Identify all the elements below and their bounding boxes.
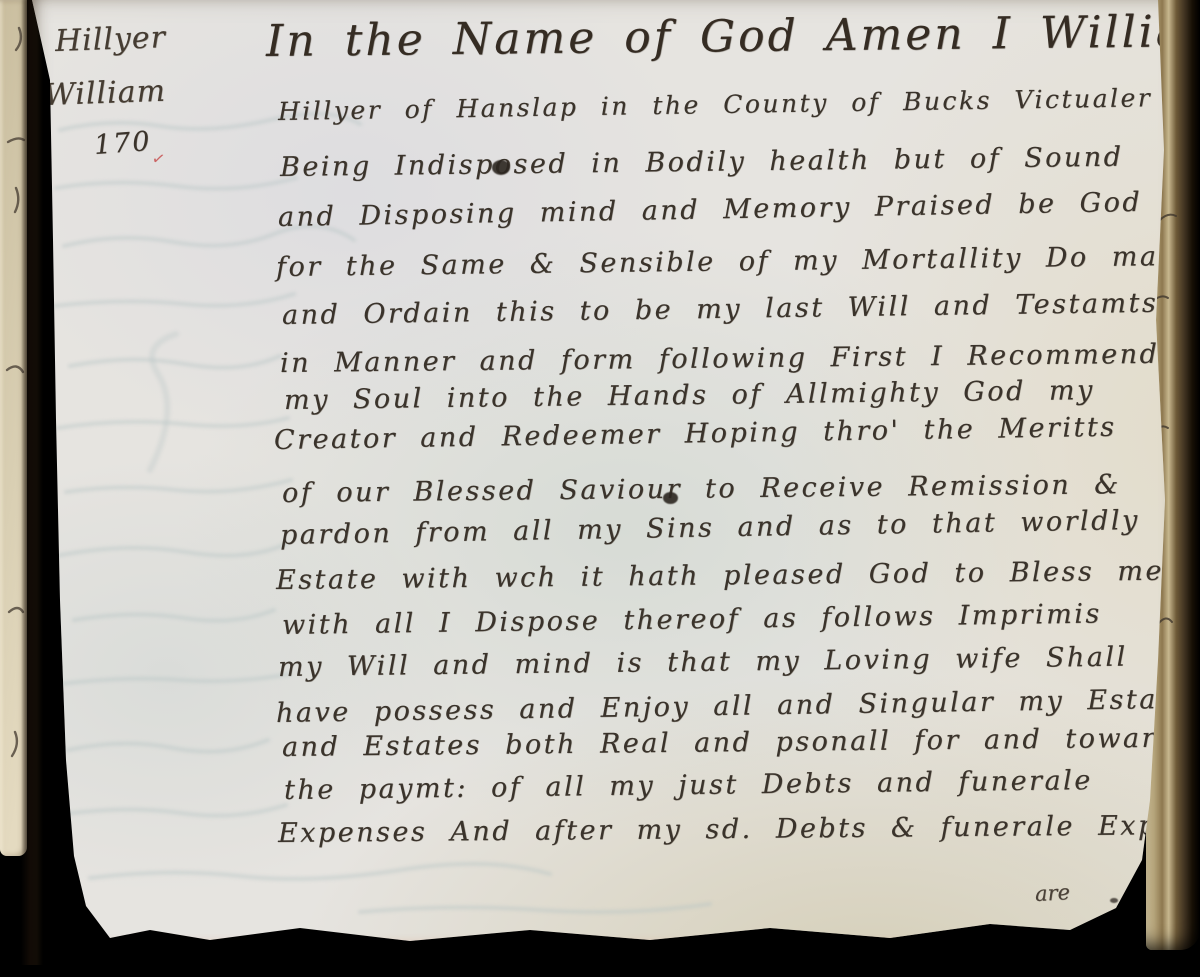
folio-number: 170 bbox=[93, 126, 153, 161]
margin-surname: Hillyer bbox=[54, 20, 166, 59]
ink-speck bbox=[1110, 898, 1118, 903]
title-line: In the Name of God Amen I William bbox=[266, 6, 1200, 67]
ink-blot bbox=[492, 160, 510, 175]
margin-forename: William bbox=[43, 74, 166, 113]
ink-blot bbox=[663, 492, 678, 504]
manuscript-photo: Hillyer William 170 ✓ In the Name of God… bbox=[0, 0, 1200, 977]
catchword: are bbox=[1034, 880, 1070, 906]
manuscript-page: Hillyer William 170 ✓ In the Name of God… bbox=[30, 0, 1170, 965]
binding-gutter-shadow bbox=[21, 0, 43, 965]
